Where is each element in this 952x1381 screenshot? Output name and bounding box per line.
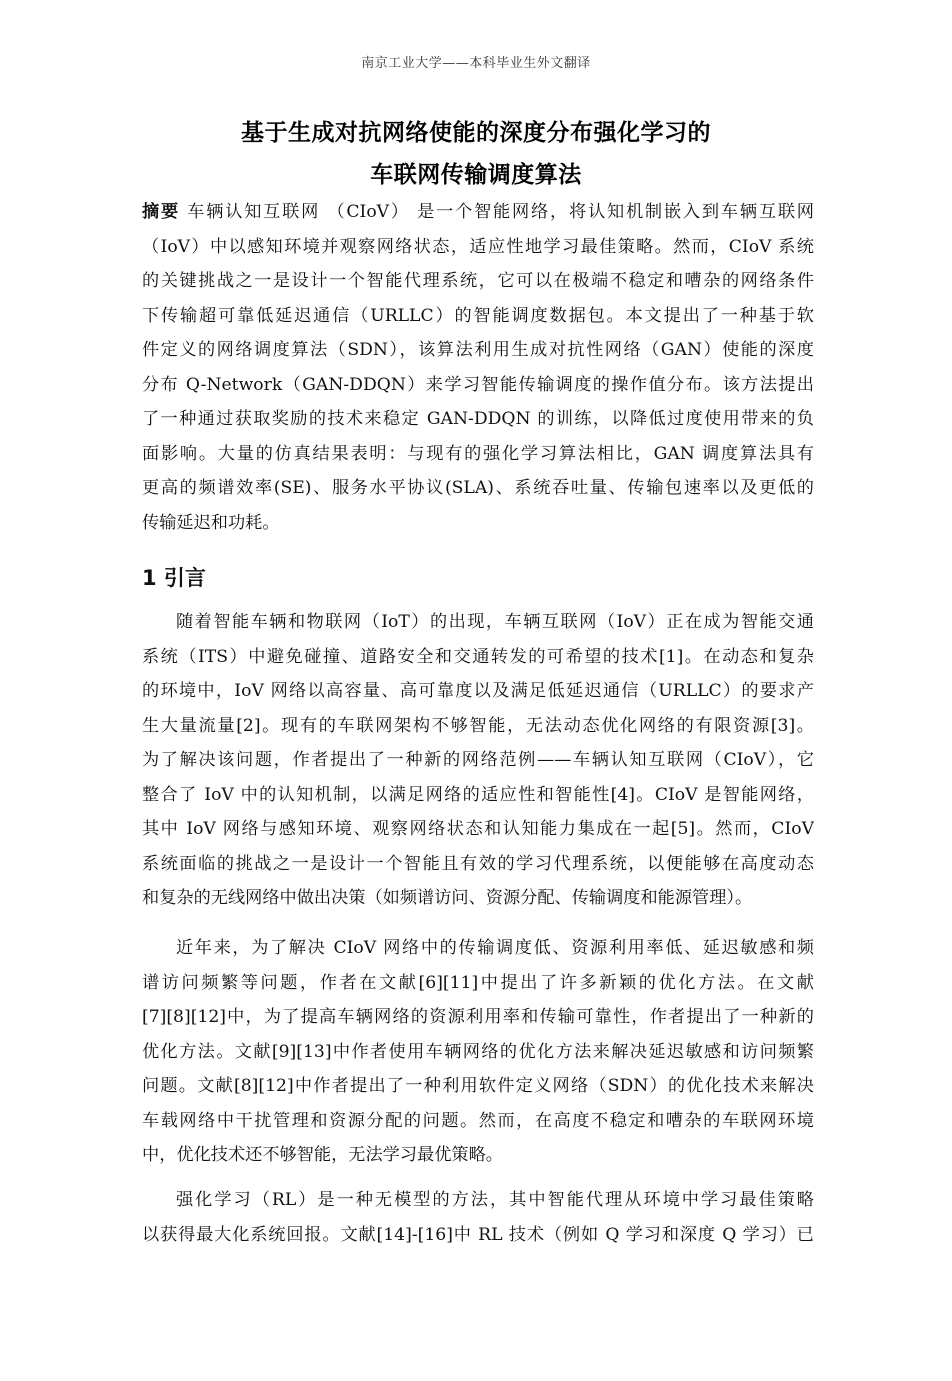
paragraph-line: 系统面临的挑战之一是设计一个智能且有效的学习代理系统，以便能够在高度动态 bbox=[142, 847, 814, 882]
abstract-line: 下传输超可靠低延迟通信（URLLC）的智能调度数据包。本文提出了一种基于软 bbox=[142, 299, 814, 334]
intro-paragraph-2: 近年来，为了解决 CIoV 网络中的传输调度低、资源利用率低、延迟敏感和频 谱访… bbox=[142, 931, 814, 1173]
intro-paragraph-1: 随着智能车辆和物联网（IoT）的出现，车辆互联网（IoV）正在成为智能交通 系统… bbox=[142, 605, 814, 916]
paragraph-line: 近年来，为了解决 CIoV 网络中的传输调度低、资源利用率低、延迟敏感和频 bbox=[142, 931, 814, 966]
paragraph-line: 为了解决该问题，作者提出了一种新的网络范例——车辆认知互联网（CIoV），它 bbox=[142, 743, 814, 778]
abstract-line: 传输延迟和功耗。 bbox=[142, 506, 814, 541]
document-title-line-1: 基于生成对抗网络使能的深度分布强化学习的 bbox=[0, 114, 952, 147]
abstract-text: 车辆认知互联网 （CIoV） 是一个智能网络，将认知机制嵌入到车辆互联网 bbox=[180, 202, 814, 222]
paragraph-line: 随着智能车辆和物联网（IoT）的出现，车辆互联网（IoV）正在成为智能交通 bbox=[142, 605, 814, 640]
abstract-line: 分布 Q-Network（GAN-DDQN）来学习智能传输调度的操作值分布。该方… bbox=[142, 368, 814, 403]
paragraph-line: 和复杂的无线网络中做出决策（如频谱访问、资源分配、传输调度和能源管理）。 bbox=[142, 881, 814, 916]
page-header: 南京工业大学——本科毕业生外文翻译 bbox=[0, 52, 952, 71]
paragraph-line: 以获得最大化系统回报。文献[14]-[16]中 RL 技术（例如 Q 学习和深度… bbox=[142, 1218, 814, 1253]
document-title-line-2: 车联网传输调度算法 bbox=[0, 156, 952, 189]
paragraph-line: 整合了 IoV 中的认知机制，以满足网络的适应性和智能性[4]。CIoV 是智能… bbox=[142, 778, 814, 813]
paragraph-line: 强化学习（RL）是一种无模型的方法，其中智能代理从环境中学习最佳策略 bbox=[142, 1183, 814, 1218]
paragraph-line: 的环境中，IoV 网络以高容量、高可靠度以及满足低延迟通信（URLLC）的要求产 bbox=[142, 674, 814, 709]
paragraph-line: [7][8][12]中，为了提高车辆网络的资源利用率和传输可靠性，作者提出了一种… bbox=[142, 1000, 814, 1035]
paragraph-line: 中，优化技术还不够智能，无法学习最优策略。 bbox=[142, 1138, 814, 1173]
abstract-line: （IoV）中以感知环境并观察网络状态，适应性地学习最佳策略。然而，CIoV 系统 bbox=[142, 230, 814, 265]
paragraph-line: 问题。文献[8][12]中作者提出了一种利用软件定义网络（SDN）的优化技术来解… bbox=[142, 1069, 814, 1104]
abstract-line: 了一种通过获取奖励的技术来稳定 GAN-DDQN 的训练，以降低过度使用带来的负 bbox=[142, 402, 814, 437]
abstract-line: 更高的频谱效率(SE)、服务水平协议(SLA)、系统吞吐量、传输包速率以及更低的 bbox=[142, 471, 814, 506]
paragraph-line: 谱访问频繁等问题，作者在文献[6][11]中提出了许多新颖的优化方法。在文献 bbox=[142, 966, 814, 1001]
abstract-line: 件定义的网络调度算法（SDN），该算法利用生成对抗性网络（GAN）使能的深度 bbox=[142, 333, 814, 368]
abstract-line: 面影响。大量的仿真结果表明：与现有的强化学习算法相比，GAN 调度算法具有 bbox=[142, 437, 814, 472]
intro-paragraph-3: 强化学习（RL）是一种无模型的方法，其中智能代理从环境中学习最佳策略 以获得最大… bbox=[142, 1183, 814, 1252]
abstract: 摘要 车辆认知互联网 （CIoV） 是一个智能网络，将认知机制嵌入到车辆互联网 … bbox=[142, 195, 814, 540]
paragraph-line: 其中 IoV 网络与感知环境、观察网络状态和认知能力集成在一起[5]。然而，CI… bbox=[142, 812, 814, 847]
paragraph-line: 优化方法。文献[9][13]中作者使用车辆网络的优化方法来解决延迟敏感和访问频繁 bbox=[142, 1035, 814, 1070]
paragraph-line: 车载网络中干扰管理和资源分配的问题。然而，在高度不稳定和嘈杂的车联网环境 bbox=[142, 1104, 814, 1139]
abstract-line: 摘要 车辆认知互联网 （CIoV） 是一个智能网络，将认知机制嵌入到车辆互联网 bbox=[142, 195, 814, 230]
paragraph-line: 系统（ITS）中避免碰撞、道路安全和交通转发的可希望的技术[1]。在动态和复杂 bbox=[142, 640, 814, 675]
abstract-label: 摘要 bbox=[142, 202, 180, 222]
abstract-line: 的关键挑战之一是设计一个智能代理系统，它可以在极端不稳定和嘈杂的网络条件 bbox=[142, 264, 814, 299]
section-heading-introduction: 1 引言 bbox=[142, 562, 206, 592]
paragraph-line: 生大量流量[2]。现有的车联网架构不够智能，无法动态优化网络的有限资源[3]。 bbox=[142, 709, 814, 744]
